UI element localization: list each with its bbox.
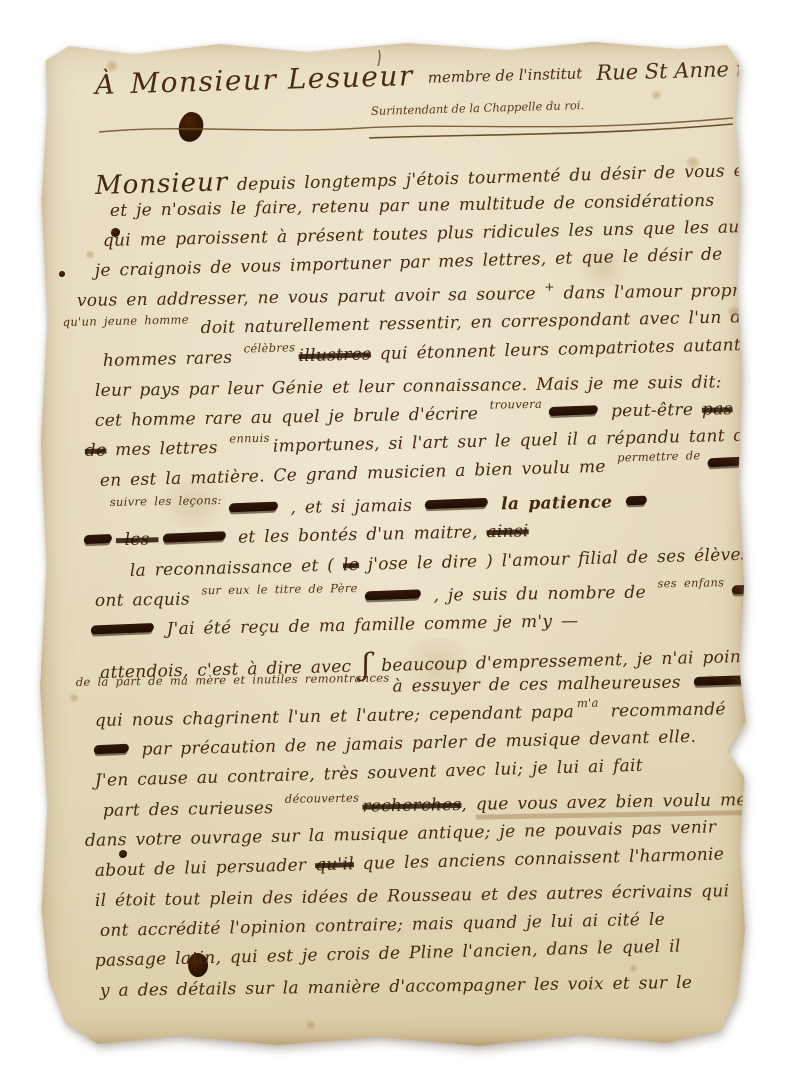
manuscript-text: m'a — [577, 696, 599, 710]
manuscript-text: mes lettres — [106, 438, 227, 461]
manuscript-text: suivre les leçons: — [110, 493, 222, 509]
manuscript-text: à essuyer de ces malheureuses — [392, 672, 689, 696]
manuscript-text: recherches — [362, 795, 461, 817]
manuscript-text: la patience — [492, 492, 622, 514]
foxing-stain — [85, 250, 95, 259]
addressee-subtitle: Surintendant de la Chappelle du roi. — [371, 98, 585, 118]
ink-obliteration — [228, 502, 278, 513]
foxing-stain — [305, 1020, 316, 1030]
ink-obliteration — [364, 589, 421, 600]
manuscript-text: que vous avez bien voulu me montrer, — [476, 789, 801, 815]
ink-obliteration — [707, 457, 743, 468]
ink-obliteration — [549, 405, 599, 416]
manuscript-text: part des curieuses — [103, 798, 282, 821]
ink-obliteration — [162, 531, 226, 543]
manuscript-text: les — [116, 529, 159, 550]
manuscript-text: trouvera — [490, 397, 543, 412]
manuscript-text: célèbres — [244, 340, 296, 355]
manuscript-text: ont acquis — [95, 589, 199, 611]
manuscript-text: de la part de ma mère et inutiles remont… — [76, 671, 390, 689]
manuscript-text: ennuis — [229, 431, 270, 446]
scan-background: ÀMonsieur Lesueurmembre de l'institutRue… — [0, 0, 801, 1080]
paper-sheet: ÀMonsieur Lesueurmembre de l'institutRue… — [33, 38, 752, 1051]
manuscript-text: dans l'amour propre — [555, 281, 751, 304]
ink-obliteration — [625, 496, 647, 506]
ink-obliteration — [693, 675, 750, 686]
manuscript-body: Monsieur depuis longtemps j'étois tourme… — [95, 171, 735, 1011]
manuscript-text: , — [461, 795, 476, 815]
foxing-stain — [651, 90, 662, 100]
manuscript-text: , et si jamais — [282, 496, 421, 518]
ink-obliteration — [731, 585, 753, 595]
letter-page: ÀMonsieur Lesueurmembre de l'institutRue… — [33, 38, 752, 1051]
manuscript-text: qu'un jeune homme — [63, 312, 189, 329]
manuscript-text: illustres — [298, 344, 371, 366]
ink-blot — [177, 110, 206, 144]
manuscript-text: ainsi — [486, 521, 529, 542]
ink-obliteration — [93, 744, 129, 755]
ink-obliteration — [90, 623, 154, 635]
manuscript-text: hommes rares — [103, 348, 242, 371]
manuscript-text: le — [343, 555, 360, 575]
manuscript-text: la reconnaissance et ( — [130, 555, 344, 581]
address-prefix: À — [95, 69, 115, 101]
manuscript-text: ses enfans — [657, 575, 724, 590]
manuscript-text: pas — [702, 399, 733, 420]
ink-obliteration — [83, 534, 112, 544]
manuscript-text: recommandé — [602, 699, 726, 721]
manuscript-text: découvertes — [285, 791, 360, 806]
street-address: Rue St Anne n°18 — [596, 56, 787, 85]
manuscript-text: sur eux le titre de Père — [201, 581, 357, 597]
manuscript-text: de — [85, 441, 107, 461]
manuscript-text: + — [544, 280, 555, 294]
addressee-name: Monsieur Lesueur — [130, 59, 414, 100]
manuscript-text: , je suis du nombre de — [425, 582, 655, 606]
manuscript-text: peut-être — [602, 400, 702, 422]
addressee-title: membre de l'institut — [428, 64, 583, 86]
address-header: ÀMonsieur Lesueurmembre de l'institutRue… — [95, 49, 787, 101]
manuscript-text: qu'il — [315, 854, 354, 875]
ink-obliteration — [766, 675, 801, 685]
ink-blot — [59, 271, 65, 277]
ink-obliteration — [424, 498, 488, 509]
manuscript-text: Monsieur — [95, 167, 229, 201]
manuscript-text — [753, 671, 762, 691]
manuscript-text: et les bontés d'un maitre, — [229, 522, 487, 548]
manuscript-text: permettre de — [617, 448, 701, 464]
manuscript-text: depuis longtemps j'étois tourmenté du dé… — [228, 160, 787, 196]
